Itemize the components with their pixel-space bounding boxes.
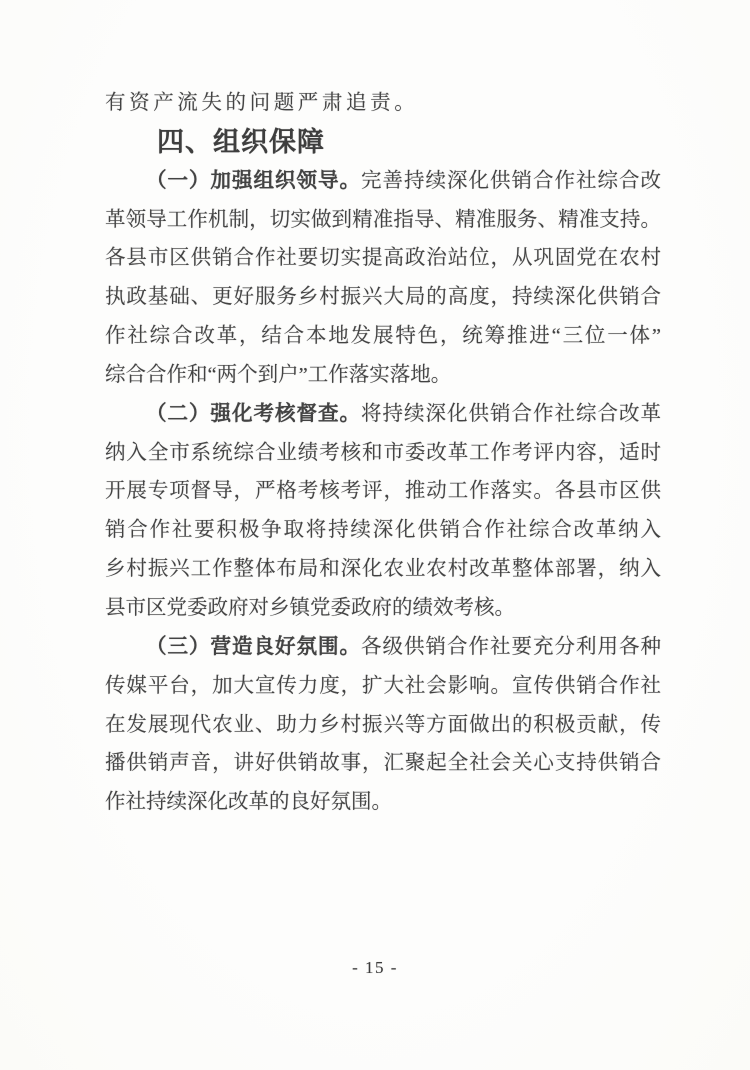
line-text: 执政基础、更好服务乡村振兴大局的高度，持续深化供销合: [105, 286, 661, 308]
line-bold-text: （三）营造良好氛围。: [146, 636, 361, 658]
line-text: 销合作社要积极争取将持续深化供销合作社综合改革纳入: [105, 519, 661, 541]
line-text: 将持续深化供销合作社综合改革: [361, 403, 661, 425]
line-text: 有资产流失的问题严肃追责。: [105, 92, 418, 114]
line-bold-text: 四、组织保障: [157, 127, 325, 157]
line-bold-text: （一）加强组织领导。: [146, 170, 361, 192]
page-number: - 15 -: [0, 956, 750, 980]
line-text: 各级供销合作社要充分利用各种: [361, 636, 661, 658]
text-line: 作社综合改革，结合本地发展特色，统筹推进“三位一体”: [105, 317, 661, 356]
text-line: 纳入全市系统综合业绩考核和市委改革工作考评内容，适时: [105, 434, 661, 473]
text-line: 传媒平台，加大宣传力度，扩大社会影响。宣传供销合作社: [105, 667, 661, 706]
text-line: 革领导工作机制，切实做到精准指导、精准服务、精准支持。: [105, 201, 661, 240]
text-line: （二）强化考核督查。将持续深化供销合作社综合改革: [105, 395, 661, 434]
text-line: 综合合作和“两个到户”工作落实落地。: [105, 356, 661, 395]
line-text: 各县市区供销合作社要切实提高政治站位，从巩固党在农村: [105, 247, 661, 269]
line-text: 革领导工作机制，切实做到精准指导、精准服务、精准支持。: [105, 209, 661, 231]
text-line: 县市区党委政府对乡镇党委政府的绩效考核。: [105, 589, 661, 628]
line-text: 完善持续深化供销合作社综合改: [361, 170, 661, 192]
line-bold-text: （二）强化考核督查。: [146, 403, 361, 425]
text-line: 播供销声音，讲好供销故事，汇聚起全社会关心支持供销合: [105, 744, 661, 783]
document-body: 有资产流失的问题严肃追责。四、组织保障（一）加强组织领导。完善持续深化供销合作社…: [105, 84, 661, 822]
line-text: 县市区党委政府对乡镇党委政府的绩效考核。: [105, 597, 515, 619]
document-page: 有资产流失的问题严肃追责。四、组织保障（一）加强组织领导。完善持续深化供销合作社…: [0, 0, 750, 1070]
text-line: 各县市区供销合作社要切实提高政治站位，从巩固党在农村: [105, 239, 661, 278]
line-text: 播供销声音，讲好供销故事，汇聚起全社会关心支持供销合: [105, 752, 661, 774]
text-line: 有资产流失的问题严肃追责。: [105, 84, 661, 123]
line-text: 乡村振兴工作整体布局和深化农业农村改革整体部署，纳入: [105, 558, 661, 580]
text-line: 乡村振兴工作整体布局和深化农业农村改革整体部署，纳入: [105, 550, 661, 589]
text-line: 四、组织保障: [105, 123, 661, 162]
line-text: 作社综合改革，结合本地发展特色，统筹推进“三位一体”: [105, 325, 661, 347]
line-text: 纳入全市系统综合业绩考核和市委改革工作考评内容，适时: [105, 442, 661, 464]
line-text: 开展专项督导，严格考核考评，推动工作落实。各县市区供: [105, 480, 661, 502]
text-line: （一）加强组织领导。完善持续深化供销合作社综合改: [105, 162, 661, 201]
line-text: 在发展现代农业、助力乡村振兴等方面做出的积极贡献，传: [105, 714, 661, 736]
line-text: 传媒平台，加大宣传力度，扩大社会影响。宣传供销合作社: [105, 675, 661, 697]
text-line: （三）营造良好氛围。各级供销合作社要充分利用各种: [105, 628, 661, 667]
text-line: 作社持续深化改革的良好氛围。: [105, 783, 661, 822]
line-text: 综合合作和“两个到户”工作落实落地。: [105, 364, 451, 386]
text-line: 在发展现代农业、助力乡村振兴等方面做出的积极贡献，传: [105, 706, 661, 745]
text-line: 开展专项督导，严格考核考评，推动工作落实。各县市区供: [105, 472, 661, 511]
text-line: 销合作社要积极争取将持续深化供销合作社综合改革纳入: [105, 511, 661, 550]
line-text: 作社持续深化改革的良好氛围。: [105, 791, 392, 813]
text-line: 执政基础、更好服务乡村振兴大局的高度，持续深化供销合: [105, 278, 661, 317]
